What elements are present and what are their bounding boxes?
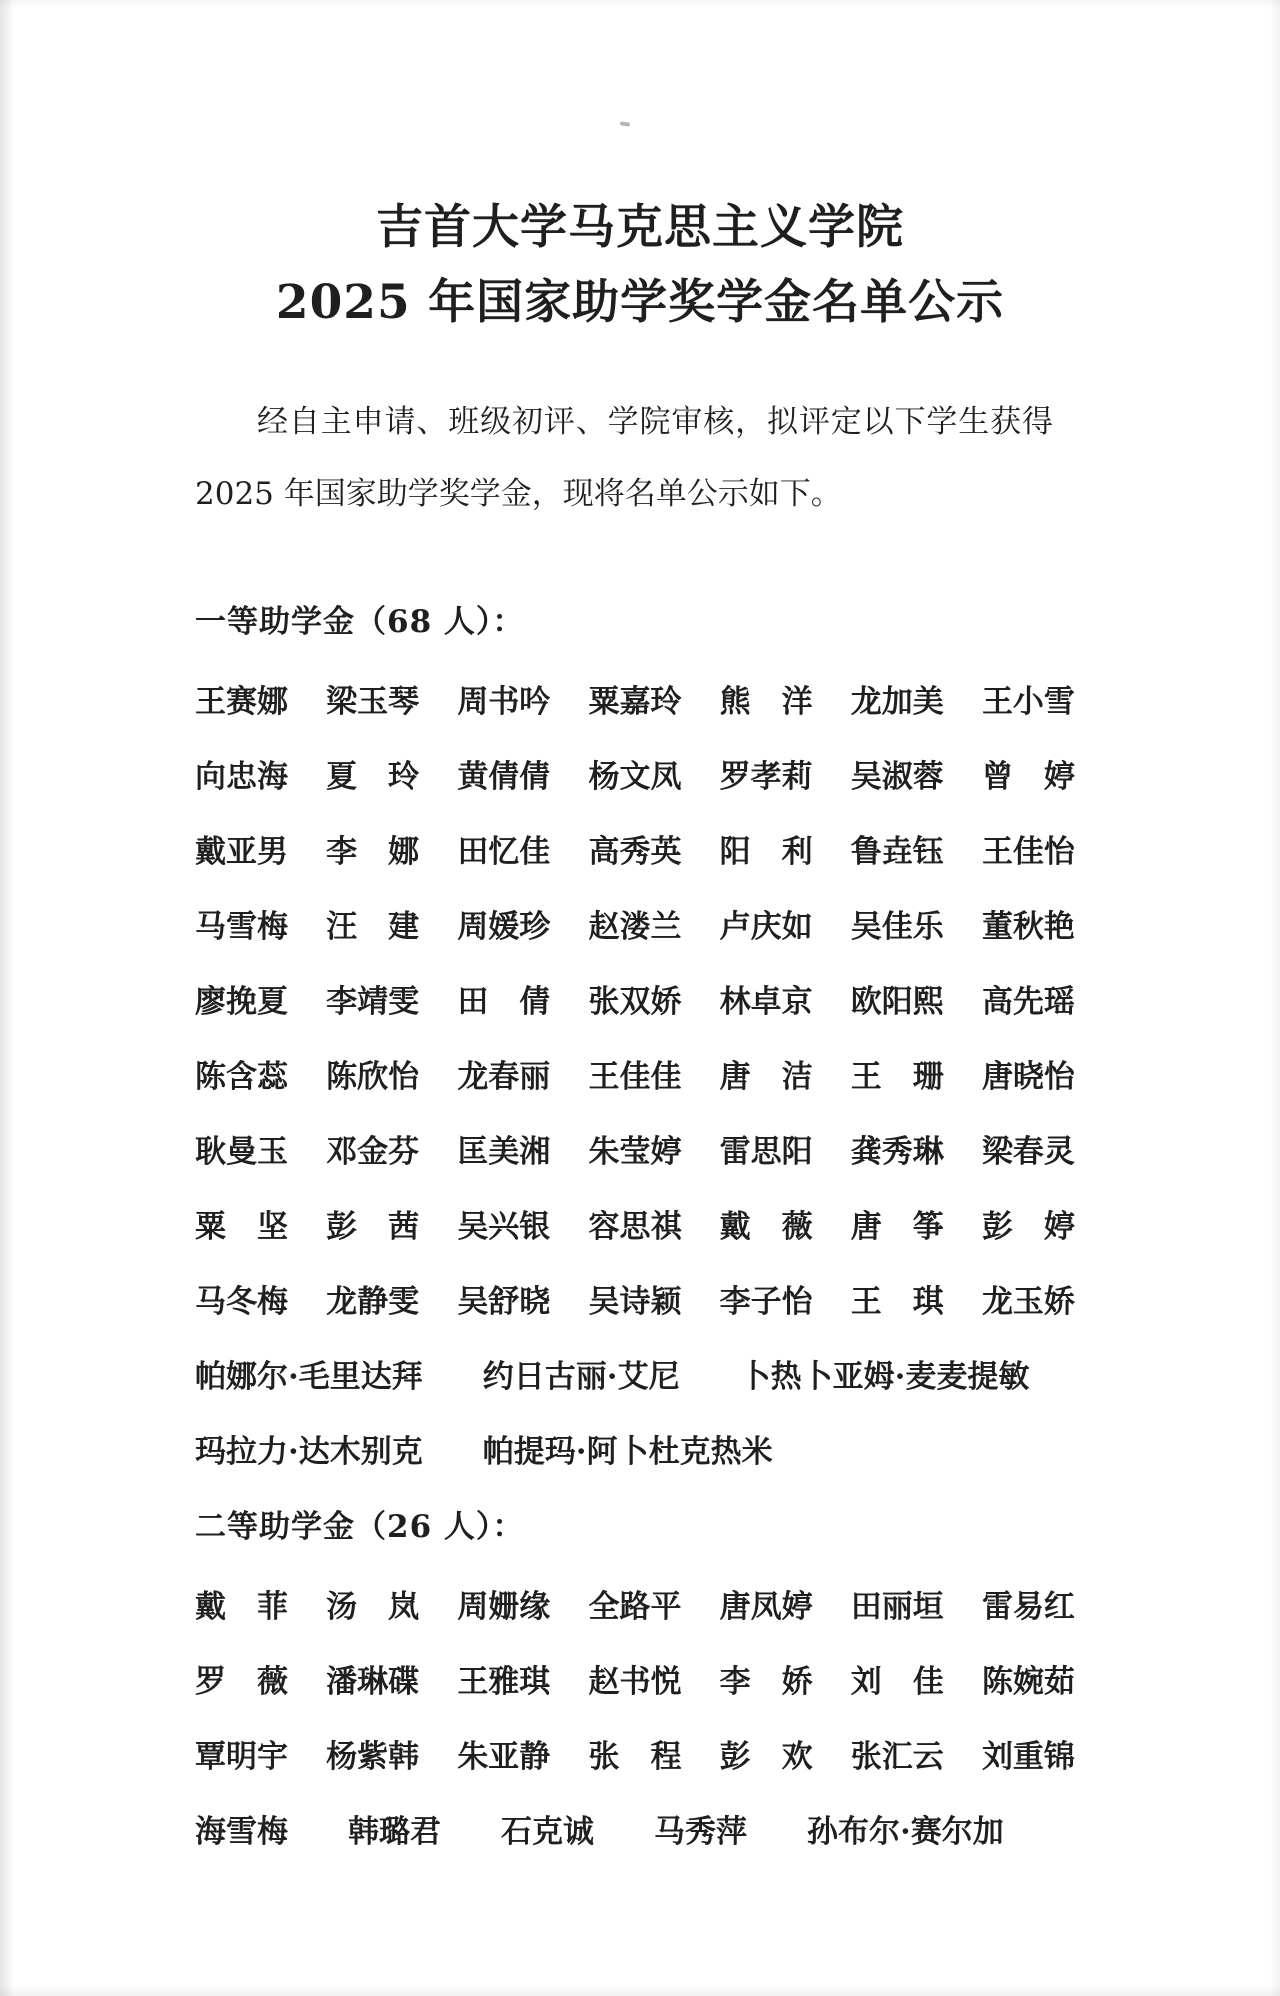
- student-name: 帕娜尔·毛里达拜: [195, 1357, 423, 1397]
- student-name: 卜热卜亚姆·麦麦提敏: [740, 1357, 1030, 1397]
- student-name: 曾 婷: [982, 757, 1075, 797]
- name-row: 廖挽夏李靖雯田 倩张双娇林卓京欧阳熙高先瑶: [195, 982, 1075, 1022]
- student-name: 马秀萍: [654, 1812, 747, 1852]
- student-name: 梁春灵: [982, 1132, 1075, 1172]
- student-name: 王佳佳: [588, 1057, 681, 1097]
- name-row: 马雪梅汪 建周媛珍赵溇兰卢庆如吴佳乐董秋艳: [195, 907, 1075, 947]
- student-name: 杨紫韩: [326, 1737, 419, 1777]
- student-name: 周书吟: [457, 682, 550, 722]
- student-name: 李 娇: [720, 1662, 813, 1702]
- section-heading: 二等助学金（26 人）：: [195, 1507, 1085, 1547]
- student-name: 陈欣怡: [326, 1057, 419, 1097]
- student-name: 卢庆如: [720, 907, 813, 947]
- document-page: 吉首大学马克思主义学院 2025 年国家助学奖学金名单公示 经自主申请、班级初评…: [0, 0, 1280, 1996]
- section-heading: 一等助学金（68 人）：: [195, 602, 1085, 642]
- student-name: 李 娜: [326, 832, 419, 872]
- name-row: 罗 薇潘琳碟王雅琪赵书悦李 娇刘 佳陈婉茹: [195, 1662, 1075, 1702]
- student-name: 田 倩: [457, 982, 550, 1022]
- student-name: 玛拉力·达木别克: [195, 1432, 423, 1472]
- name-row: 帕娜尔·毛里达拜约日古丽·艾尼卜热卜亚姆·麦麦提敏: [195, 1357, 1075, 1397]
- name-row: 陈含蕊陈欣怡龙春丽王佳佳唐 洁王 珊唐晓怡: [195, 1057, 1075, 1097]
- student-name: 龙春丽: [457, 1057, 550, 1097]
- document-title-line2: 2025 年国家助学奖学金名单公示: [195, 265, 1085, 340]
- student-name: 夏 玲: [326, 757, 419, 797]
- name-row: 玛拉力·达木别克帕提玛·阿卜杜克热米: [195, 1432, 1075, 1472]
- student-name: 林卓京: [720, 982, 813, 1022]
- scholarship-section: 一等助学金（68 人）： 王赛娜梁玉琴周书吟粟嘉玲熊 洋龙加美王小雪向忠海夏 玲…: [195, 602, 1085, 1472]
- student-name: 戴亚男: [195, 832, 288, 872]
- student-name: 张汇云: [851, 1737, 944, 1777]
- student-name: 刘 佳: [851, 1662, 944, 1702]
- section-rows: 戴 菲汤 岚周姗缘全路平唐凤婷田丽垣雷易红罗 薇潘琳碟王雅琪赵书悦李 娇刘 佳陈…: [195, 1587, 1085, 1852]
- student-name: 容思祺: [588, 1207, 681, 1247]
- name-row: 粟 坚彭 茜吴兴银容思祺戴 薇唐 筝彭 婷: [195, 1207, 1075, 1247]
- scholarship-sections: 一等助学金（68 人）： 王赛娜梁玉琴周书吟粟嘉玲熊 洋龙加美王小雪向忠海夏 玲…: [195, 602, 1085, 1852]
- student-name: 朱莹婷: [588, 1132, 681, 1172]
- student-name: 戴 菲: [195, 1587, 288, 1627]
- student-name: 唐 筝: [851, 1207, 944, 1247]
- student-name: 彭 茜: [326, 1207, 419, 1247]
- student-name: 杨文凤: [588, 757, 681, 797]
- name-row: 戴亚男李 娜田忆佳高秀英阳 利鲁垚钰王佳怡: [195, 832, 1075, 872]
- student-name: 戴 薇: [720, 1207, 813, 1247]
- student-name: 吴佳乐: [851, 907, 944, 947]
- student-name: 全路平: [588, 1587, 681, 1627]
- student-name: 龙静雯: [326, 1282, 419, 1322]
- student-name: 吴诗颖: [588, 1282, 681, 1322]
- student-name: 唐晓怡: [982, 1057, 1075, 1097]
- student-name: 雷易红: [982, 1587, 1075, 1627]
- student-name: 周媛珍: [457, 907, 550, 947]
- student-name: 陈含蕊: [195, 1057, 288, 1097]
- student-name: 罗 薇: [195, 1662, 288, 1702]
- student-name: 耿曼玉: [195, 1132, 288, 1172]
- student-name: 阳 利: [720, 832, 813, 872]
- student-name: 韩璐君: [348, 1812, 441, 1852]
- student-name: 黄倩倩: [457, 757, 550, 797]
- student-name: 唐凤婷: [720, 1587, 813, 1627]
- student-name: 覃明宇: [195, 1737, 288, 1777]
- student-name: 马冬梅: [195, 1282, 288, 1322]
- student-name: 汤 岚: [326, 1587, 419, 1627]
- name-row: 覃明宇杨紫韩朱亚静张 程彭 欢张汇云刘重锦: [195, 1737, 1075, 1777]
- student-name: 孙布尔·赛尔加: [807, 1812, 1004, 1852]
- student-name: 张 程: [588, 1737, 681, 1777]
- student-name: 梁玉琴: [326, 682, 419, 722]
- student-name: 王佳怡: [982, 832, 1075, 872]
- student-name: 赵溇兰: [588, 907, 681, 947]
- student-name: 向忠海: [195, 757, 288, 797]
- student-name: 廖挽夏: [195, 982, 288, 1022]
- student-name: 张双娇: [588, 982, 681, 1022]
- student-name: 汪 建: [326, 907, 419, 947]
- student-name: 吴淑蓉: [851, 757, 944, 797]
- student-name: 罗孝莉: [720, 757, 813, 797]
- student-name: 匡美湘: [457, 1132, 550, 1172]
- intro-paragraph: 经自主申请、班级初评、学院审核，拟评定以下学生获得 2025 年国家助学奖学金，…: [195, 386, 1053, 530]
- name-row: 马冬梅龙静雯吴舒晓吴诗颖李子怡王 琪龙玉娇: [195, 1282, 1075, 1322]
- student-name: 王小雪: [982, 682, 1075, 722]
- name-row: 王赛娜梁玉琴周书吟粟嘉玲熊 洋龙加美王小雪: [195, 682, 1075, 722]
- student-name: 周姗缘: [457, 1587, 550, 1627]
- document-title: 吉首大学马克思主义学院 2025 年国家助学奖学金名单公示: [195, 190, 1085, 340]
- student-name: 田丽垣: [851, 1587, 944, 1627]
- student-name: 唐 洁: [720, 1057, 813, 1097]
- student-name: 龙加美: [851, 682, 944, 722]
- student-name: 田忆佳: [457, 832, 550, 872]
- student-name: 王 琪: [851, 1282, 944, 1322]
- student-name: 李子怡: [720, 1282, 813, 1322]
- student-name: 王赛娜: [195, 682, 288, 722]
- student-name: 粟 坚: [195, 1207, 288, 1247]
- student-name: 石克诚: [501, 1812, 594, 1852]
- student-name: 欧阳熙: [851, 982, 944, 1022]
- name-row: 耿曼玉邓金芬匡美湘朱莹婷雷思阳龚秀琳梁春灵: [195, 1132, 1075, 1172]
- student-name: 刘重锦: [982, 1737, 1075, 1777]
- student-name: 粟嘉玲: [588, 682, 681, 722]
- student-name: 高先瑶: [982, 982, 1075, 1022]
- scan-speck: [620, 121, 630, 126]
- student-name: 吴舒晓: [457, 1282, 550, 1322]
- section-rows: 王赛娜梁玉琴周书吟粟嘉玲熊 洋龙加美王小雪向忠海夏 玲黄倩倩杨文凤罗孝莉吴淑蓉曾…: [195, 682, 1085, 1472]
- student-name: 吴兴银: [457, 1207, 550, 1247]
- student-name: 鲁垚钰: [851, 832, 944, 872]
- student-name: 潘琳碟: [326, 1662, 419, 1702]
- student-name: 帕提玛·阿卜杜克热米: [483, 1432, 773, 1472]
- student-name: 王雅琪: [457, 1662, 550, 1702]
- student-name: 约日古丽·艾尼: [483, 1357, 680, 1397]
- student-name: 雷思阳: [720, 1132, 813, 1172]
- student-name: 马雪梅: [195, 907, 288, 947]
- student-name: 高秀英: [588, 832, 681, 872]
- student-name: 彭 欢: [720, 1737, 813, 1777]
- student-name: 陈婉茹: [982, 1662, 1075, 1702]
- student-name: 王 珊: [851, 1057, 944, 1097]
- student-name: 海雪梅: [195, 1812, 288, 1852]
- document-title-line1: 吉首大学马克思主义学院: [195, 190, 1085, 265]
- student-name: 赵书悦: [588, 1662, 681, 1702]
- student-name: 龚秀琳: [851, 1132, 944, 1172]
- student-name: 董秋艳: [982, 907, 1075, 947]
- student-name: 朱亚静: [457, 1737, 550, 1777]
- scholarship-section: 二等助学金（26 人）： 戴 菲汤 岚周姗缘全路平唐凤婷田丽垣雷易红罗 薇潘琳碟…: [195, 1507, 1085, 1852]
- name-row: 向忠海夏 玲黄倩倩杨文凤罗孝莉吴淑蓉曾 婷: [195, 757, 1075, 797]
- student-name: 熊 洋: [720, 682, 813, 722]
- name-row: 戴 菲汤 岚周姗缘全路平唐凤婷田丽垣雷易红: [195, 1587, 1075, 1627]
- student-name: 彭 婷: [982, 1207, 1075, 1247]
- student-name: 邓金芬: [326, 1132, 419, 1172]
- student-name: 李靖雯: [326, 982, 419, 1022]
- name-row: 海雪梅韩璐君石克诚马秀萍孙布尔·赛尔加: [195, 1812, 1075, 1852]
- student-name: 龙玉娇: [982, 1282, 1075, 1322]
